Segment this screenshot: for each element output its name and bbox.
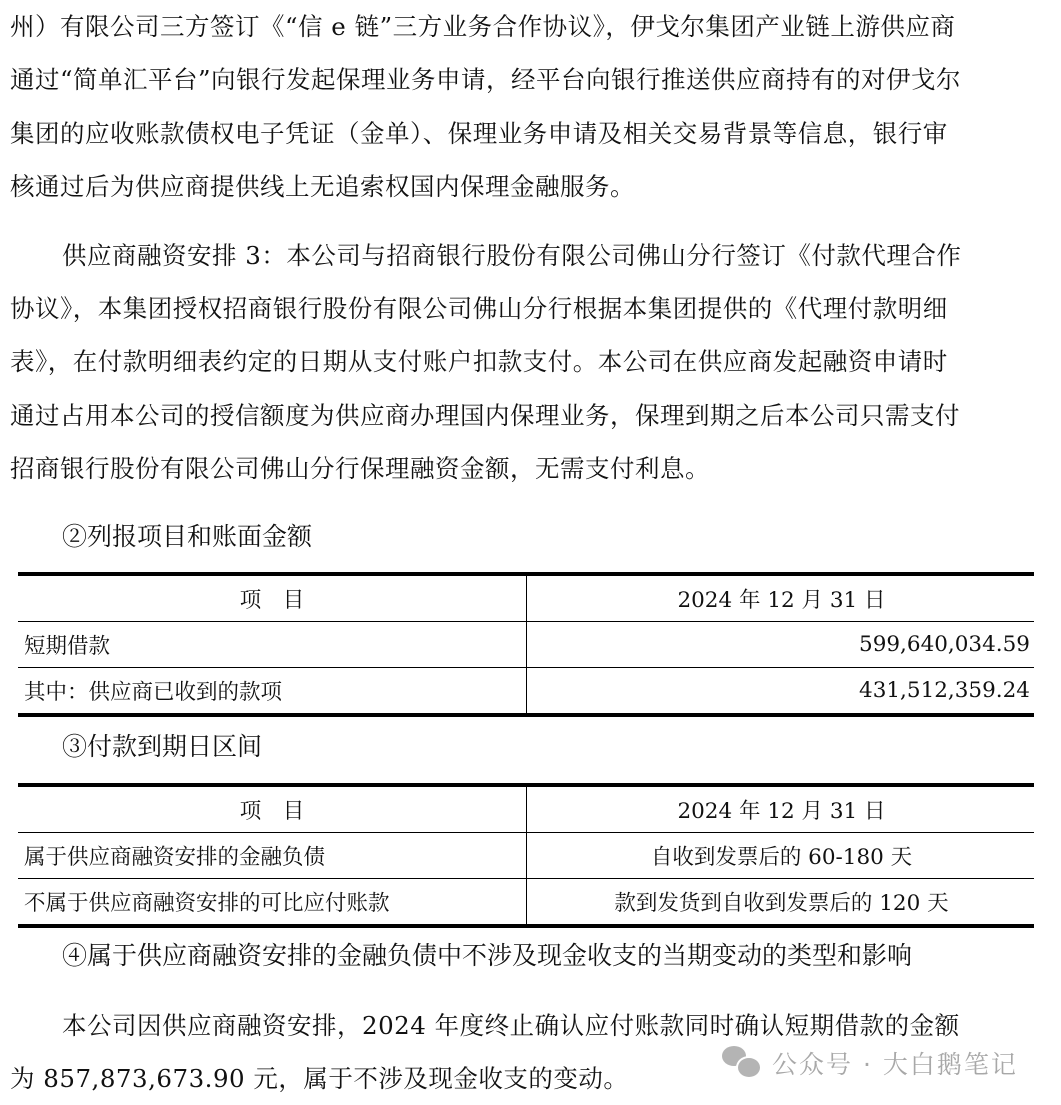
table-row: 短期借款 599,640,034.59 xyxy=(18,622,1034,668)
paragraph-line: 通过“简单汇平台”向银行发起保理业务申请，经平台向银行推送供应商持有的对伊戈尔 xyxy=(10,65,961,95)
payment-due-table: 项 目 2024 年 12 月 31 日 属于供应商融资安排的金融负债 自收到发… xyxy=(18,783,1034,928)
table-row: 其中：供应商已收到的款项 431,512,359.24 xyxy=(18,668,1034,716)
reported-items-table: 项 目 2024 年 12 月 31 日 短期借款 599,640,034.59… xyxy=(18,572,1034,717)
paragraph-line: 为 857,873,673.90 元，属于不涉及现金收支的变动。 xyxy=(10,1064,628,1094)
row-label: 属于供应商融资安排的金融负债 xyxy=(18,833,527,879)
table-row: 属于供应商融资安排的金融负债 自收到发票后的 60-180 天 xyxy=(18,833,1034,879)
watermark: 公众号 · 大白鹅笔记 xyxy=(722,1045,1018,1081)
paragraph-line: 表》，在付款明细表约定的日期从支付账户扣款支付。本公司在供应商发起融资申请时 xyxy=(10,347,948,377)
paragraph-line: 招商银行股份有限公司佛山分行保理融资金额，无需支付利息。 xyxy=(10,454,710,484)
row-label: 短期借款 xyxy=(18,622,527,668)
section-heading-2: ②列报项目和账面金额 xyxy=(62,522,312,552)
paragraph-line: 协议》，本集团授权招商银行股份有限公司佛山分行根据本集团提供的《代理付款明细 xyxy=(10,294,948,324)
watermark-text: 公众号 · 大白鹅笔记 xyxy=(772,1045,1018,1081)
paragraph-line: 集团的应收账款债权电子凭证（金单）、保理业务申请及相关交易背景等信息，银行审 xyxy=(10,119,948,149)
header-item: 项 目 xyxy=(18,785,527,833)
paragraph-line: 通过占用本公司的授信额度为供应商办理国内保理业务，保理到期之后本公司只需支付 xyxy=(10,401,960,431)
paragraph-line: 核通过后为供应商提供线上无追索权国内保理金融服务。 xyxy=(10,172,635,202)
paragraph-line: 供应商融资安排 3：本公司与招商银行股份有限公司佛山分行签订《付款代理合作 xyxy=(62,241,961,271)
wechat-icon xyxy=(722,1046,762,1080)
header-date: 2024 年 12 月 31 日 xyxy=(527,574,1035,622)
header-date: 2024 年 12 月 31 日 xyxy=(527,785,1035,833)
section-heading-3: ③付款到期日区间 xyxy=(62,732,262,762)
table-header-row: 项 目 2024 年 12 月 31 日 xyxy=(18,574,1034,622)
paragraph-line: 本公司因供应商融资安排，2024 年度终止确认应付账款同时确认短期借款的金额 xyxy=(62,1011,960,1041)
paragraph-line: 州）有限公司三方签订《“信 e 链”三方业务合作协议》，伊戈尔集团产业链上游供应… xyxy=(10,12,955,42)
table-header-row: 项 目 2024 年 12 月 31 日 xyxy=(18,785,1034,833)
row-value: 431,512,359.24 xyxy=(527,668,1035,716)
table-row: 不属于供应商融资安排的可比应付账款 款到发货到自收到发票后的 120 天 xyxy=(18,879,1034,927)
row-label: 不属于供应商融资安排的可比应付账款 xyxy=(18,879,527,927)
row-label: 其中：供应商已收到的款项 xyxy=(18,668,527,716)
row-value: 599,640,034.59 xyxy=(527,622,1035,668)
section-heading-4: ④属于供应商融资安排的金融负债中不涉及现金收支的当期变动的类型和影响 xyxy=(62,941,912,971)
header-item: 项 目 xyxy=(18,574,527,622)
row-value: 款到发货到自收到发票后的 120 天 xyxy=(527,879,1035,927)
row-value: 自收到发票后的 60-180 天 xyxy=(527,833,1035,879)
